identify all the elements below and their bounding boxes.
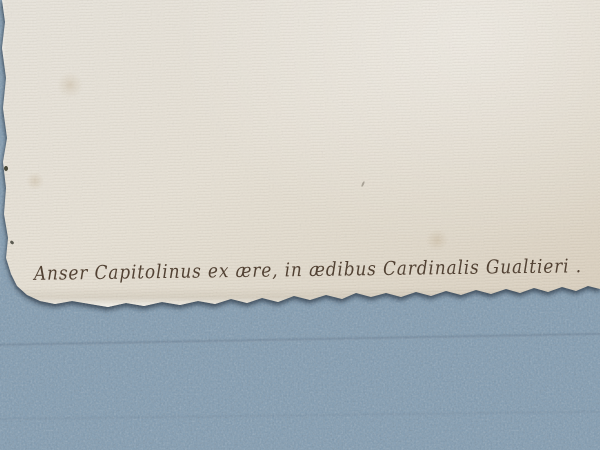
inscription: Anser Capitolinus ex ære, in ædibus Card… <box>30 248 596 292</box>
paper-speck <box>361 181 365 187</box>
paper-speck <box>10 240 15 245</box>
manuscript-sheet: Anser Capitolinus ex ære, in ædibus Card… <box>0 0 600 450</box>
photo-of-manuscript-corner: Anser Capitolinus ex ære, in ædibus Card… <box>0 0 600 450</box>
paper-speck <box>4 166 8 171</box>
inscription-text: Anser Capitolinus ex ære, in ædibus Card… <box>32 255 582 285</box>
paper-sheet: Anser Capitolinus ex ære, in ædibus Card… <box>0 0 600 307</box>
